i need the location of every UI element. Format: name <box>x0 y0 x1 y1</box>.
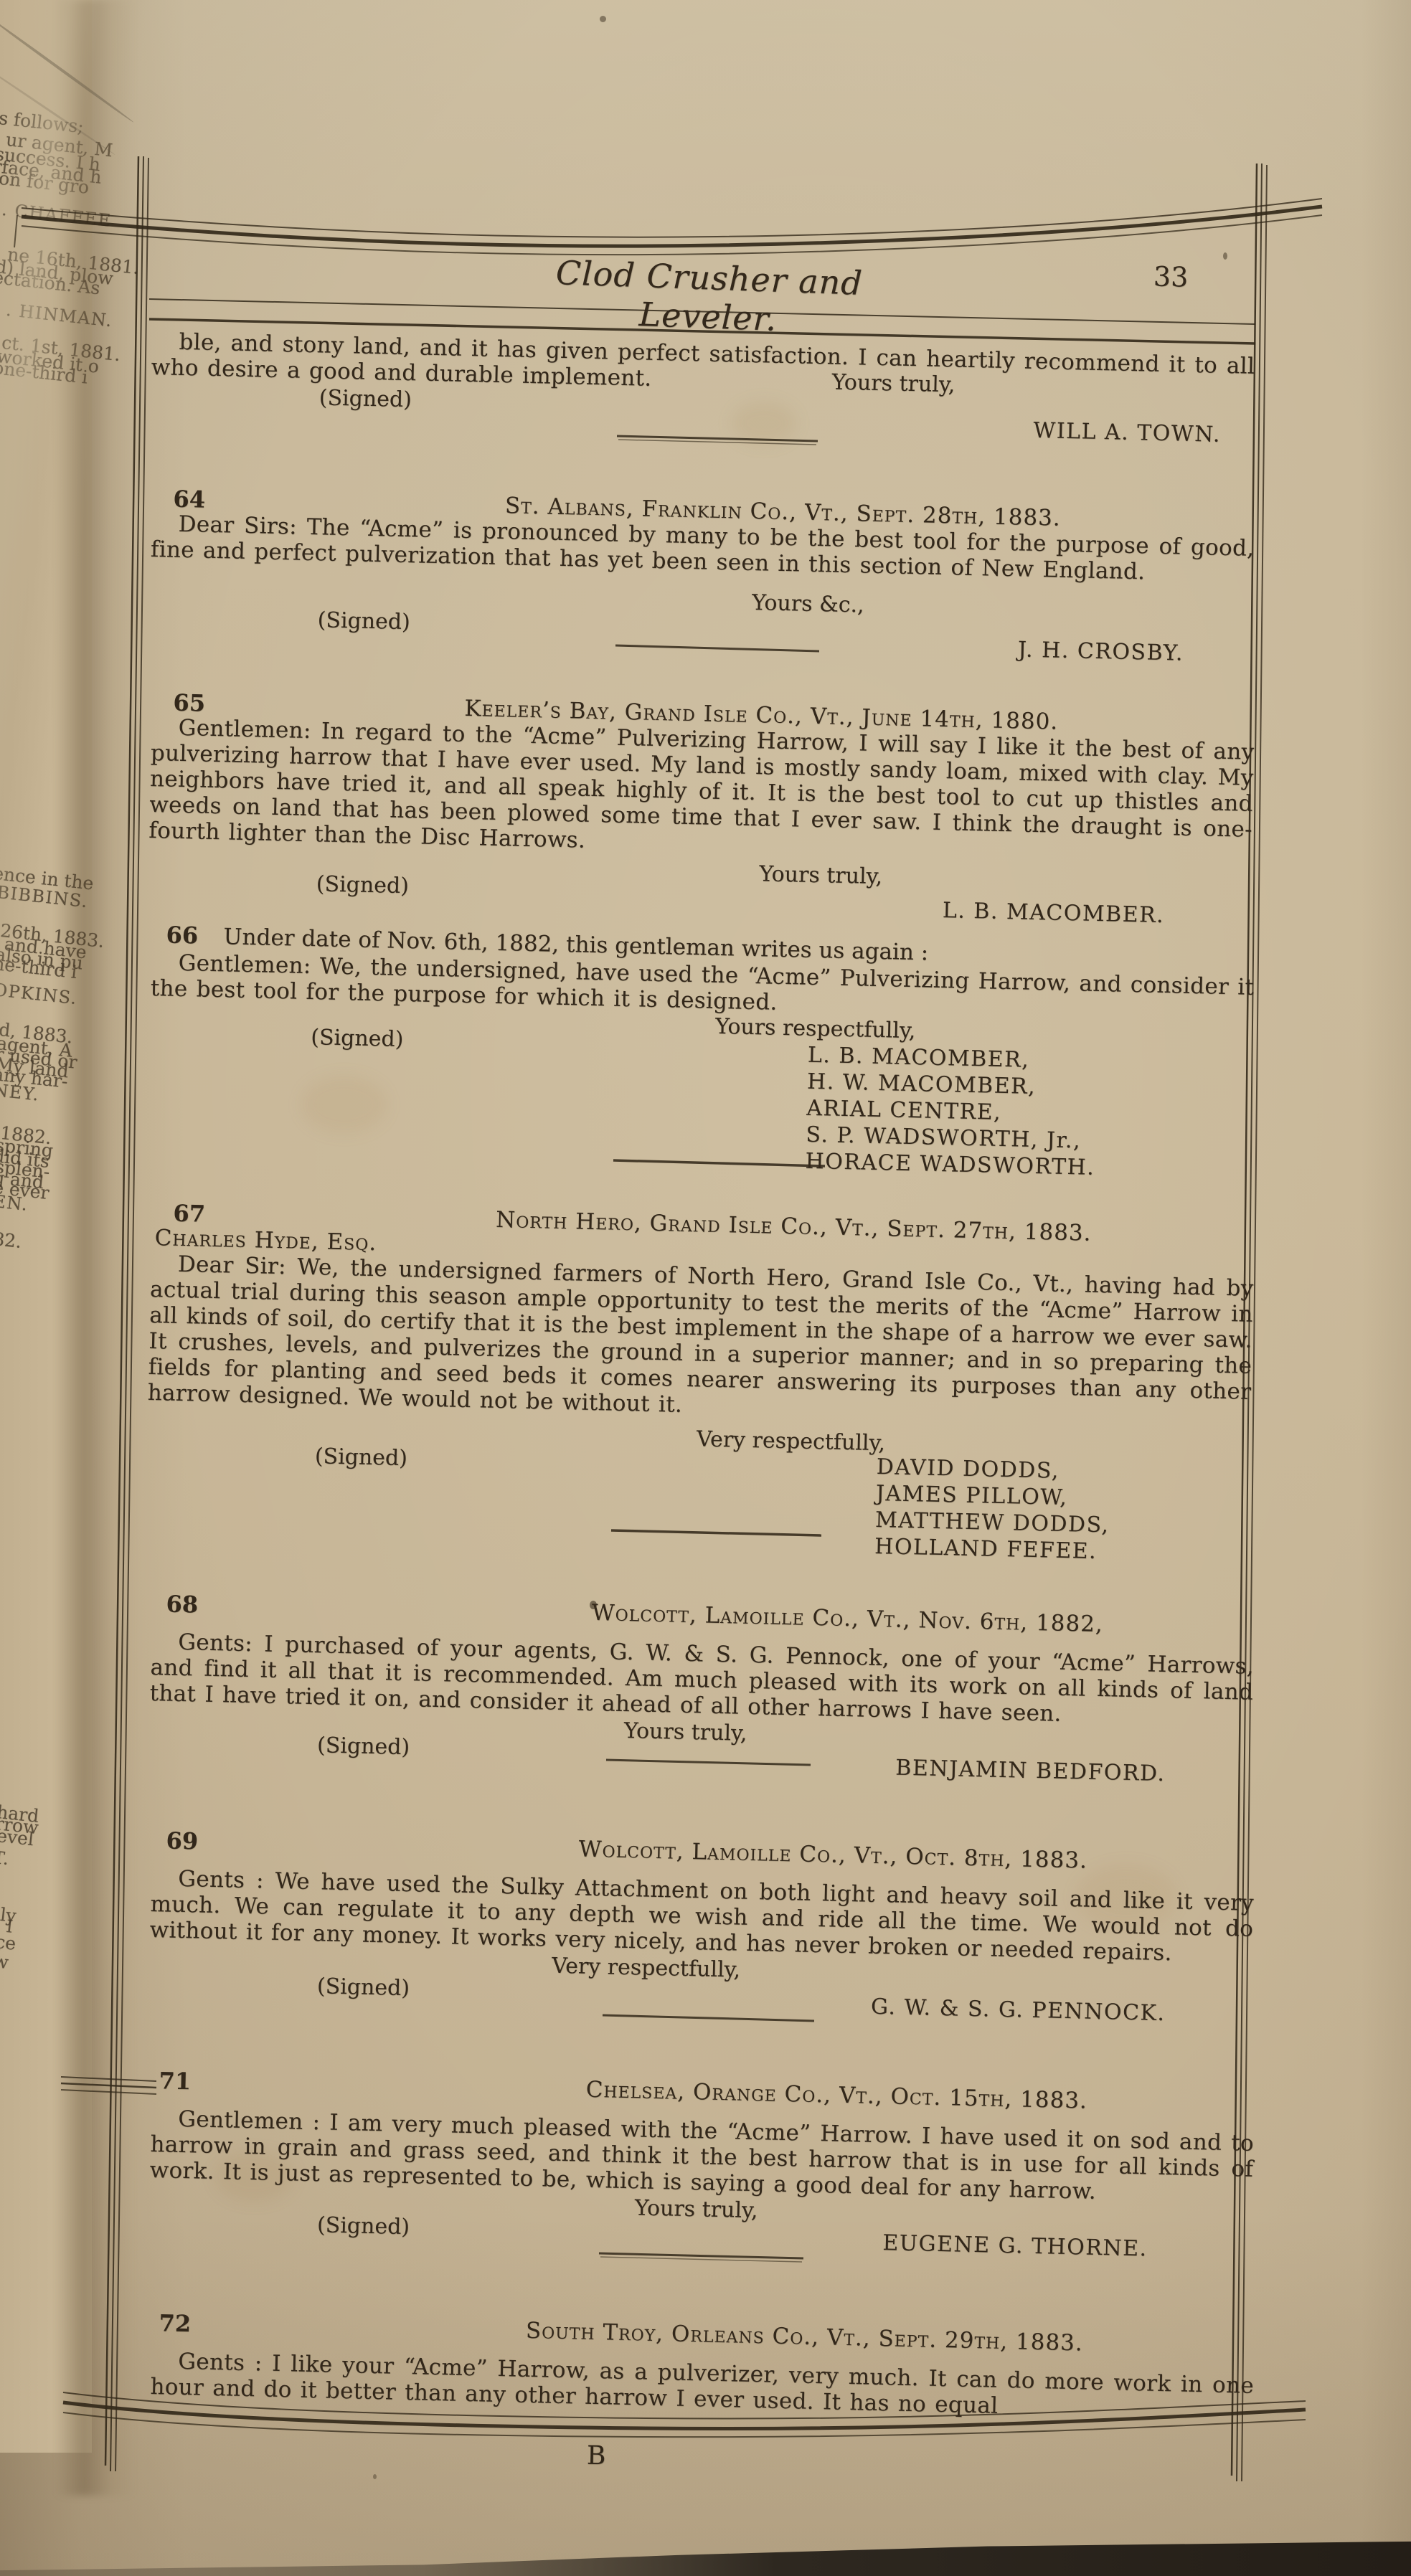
testimonial-body: Dear Sir: We, the undersigned farmers of… <box>147 1251 1254 1431</box>
signed-label: (Signed) <box>317 2212 410 2240</box>
signature: HORACE WADSWORTH. <box>805 1148 1095 1181</box>
signature: WILL A. TOWN. <box>1033 417 1221 448</box>
valediction: Yours truly, <box>634 2195 758 2223</box>
testimonial-number: 66 <box>166 921 198 949</box>
book-scan-page: { "page": { "running_header": "Clod Crus… <box>0 0 1411 2576</box>
testimonial-68: 68 Wolcott, Lamoille Co., Vt., Nov. 6th,… <box>148 1590 1255 1794</box>
signature: BENJAMIN BEDFORD. <box>895 1755 1166 1788</box>
ink-speck <box>373 2474 377 2479</box>
signature-list: L. B. MACOMBER, H. W. MACOMBER, ARIAL CE… <box>805 1042 1098 1181</box>
page-number: 33 <box>1153 260 1189 293</box>
signed-label: (Signed) <box>317 1733 410 1760</box>
testimonial-body: Gentlemen : I am very much pleased with … <box>149 2106 1254 2208</box>
valediction: Yours truly, <box>759 861 882 889</box>
signature: HOLLAND FEFEE. <box>874 1533 1109 1565</box>
valediction: Yours &c., <box>752 590 864 618</box>
signed-label: (Signed) <box>316 871 409 899</box>
testimonial-65: 65 Keeler’s Bay, Grand Isle Co., Vt., Ju… <box>147 688 1255 936</box>
signature: L. B. MACOMBER. <box>942 897 1164 929</box>
valediction: Yours truly, <box>831 370 955 398</box>
signed-label: (Signed) <box>317 1974 410 2001</box>
ink-speck <box>1223 252 1227 260</box>
valediction: Very respectfully, <box>697 1426 886 1456</box>
signed-label: (Signed) <box>318 385 412 412</box>
valediction: Yours respectfully, <box>715 1014 916 1043</box>
testimonial-67: 67 North Hero, Grand Isle Co., Vt., Sept… <box>144 1199 1255 1568</box>
ink-speck <box>600 16 606 22</box>
testimonial-body: Gents : We have used the Sulky Attachmen… <box>149 1865 1254 1968</box>
signature-mark: B <box>587 2441 606 2471</box>
signed-label: (Signed) <box>311 1025 404 1052</box>
signed-label: (Signed) <box>315 1444 408 1471</box>
ink-speck <box>590 1601 597 1609</box>
valediction: Yours truly, <box>623 1718 747 1746</box>
testimonial-body: Gents: I purchased of your agents, G. W.… <box>149 1629 1254 1731</box>
signature: G. W. & S. G. PENNOCK. <box>871 1994 1166 2027</box>
valediction: Very respectfully, <box>552 1954 741 1983</box>
signed-label: (Signed) <box>317 607 410 635</box>
running-header: Clod Crusher and Leveler. <box>492 251 925 344</box>
testimonial-body: Gentlemen: In regard to the “Acme” Pulve… <box>148 714 1255 868</box>
testimonial-71: 71 Chelsea, Orange Co., Vt., Oct. 15th, … <box>148 2067 1255 2264</box>
testimonial-66: 66 Under date of Nov. 6th, 1882, this ge… <box>146 921 1255 1197</box>
signature-list: DAVID DODDS, JAMES PILLOW, MATTHEW DODDS… <box>874 1454 1111 1565</box>
testimonial-64: 64 St. Albans, Franklin Co., Vt., Sept. … <box>148 485 1255 675</box>
signature: J. H. CROSBY. <box>1017 636 1184 666</box>
testimonial-body: Gentlemen: We, the undersigned, have use… <box>150 950 1254 1026</box>
testimonial-69: 69 Wolcott, Lamoille Co., Vt., Oct. 8th,… <box>148 1827 1255 2031</box>
